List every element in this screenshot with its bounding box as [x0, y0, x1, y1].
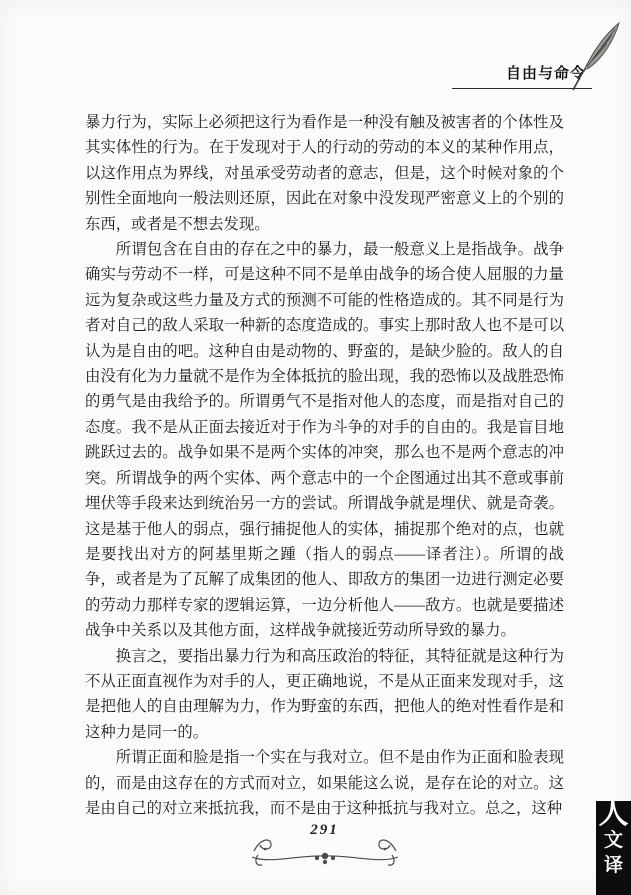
page-footer: 291 [85, 822, 564, 874]
quill-pen-icon [563, 20, 625, 94]
body-text: 暴力行为，实际上必须把这行为看作是一种没有触及被害者的个体性及其实体性的行为。在… [85, 110, 564, 821]
book-page: 自由与命令 暴力行为，实际上必须把这行为看作是一种没有触及被害者的个体性及其实体… [0, 0, 631, 895]
series-badge: 人 文 译 [596, 801, 631, 895]
series-badge-char: 人 [599, 801, 629, 829]
paragraph: 所谓包含在自由的存在之中的暴力，最一般意义上是指战争。战争确实与劳动不一样，可是… [85, 237, 564, 644]
paragraph: 所谓正面和脸是指一个实在与我对立。但不是由作为正面和脸表现的，而是由这存在的方式… [85, 745, 564, 821]
paragraph: 暴力行为，实际上必须把这行为看作是一种没有触及被害者的个体性及其实体性的行为。在… [85, 110, 564, 237]
page-ornament-flourish-icon [240, 835, 410, 869]
series-badge-char: 文 [604, 831, 623, 850]
series-badge-char: 译 [604, 856, 623, 875]
paragraph: 换言之，要指出暴力行为和高压政治的特征，其特征就是这种行为不从正面直视作为对手的… [85, 644, 564, 746]
